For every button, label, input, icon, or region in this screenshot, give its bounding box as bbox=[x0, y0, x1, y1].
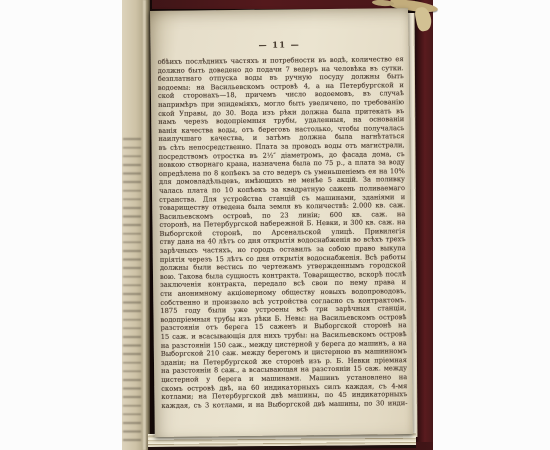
book-page: — 11 — обѣихъ послѣднихъ частяхъ и потре… bbox=[150, 8, 413, 437]
book-cover-right-edge bbox=[415, 0, 433, 450]
page-number: — 11 — bbox=[150, 38, 408, 51]
page-body-text: обѣихъ послѣднихъ частяхъ и потребности … bbox=[158, 55, 408, 410]
book-photo: — 11 — обѣихъ послѣднихъ частяхъ и потре… bbox=[122, 0, 433, 450]
facing-page-edge bbox=[122, 0, 150, 450]
text-line: каждая, съ 3 котлами, и на Выборгской дв… bbox=[161, 399, 407, 410]
